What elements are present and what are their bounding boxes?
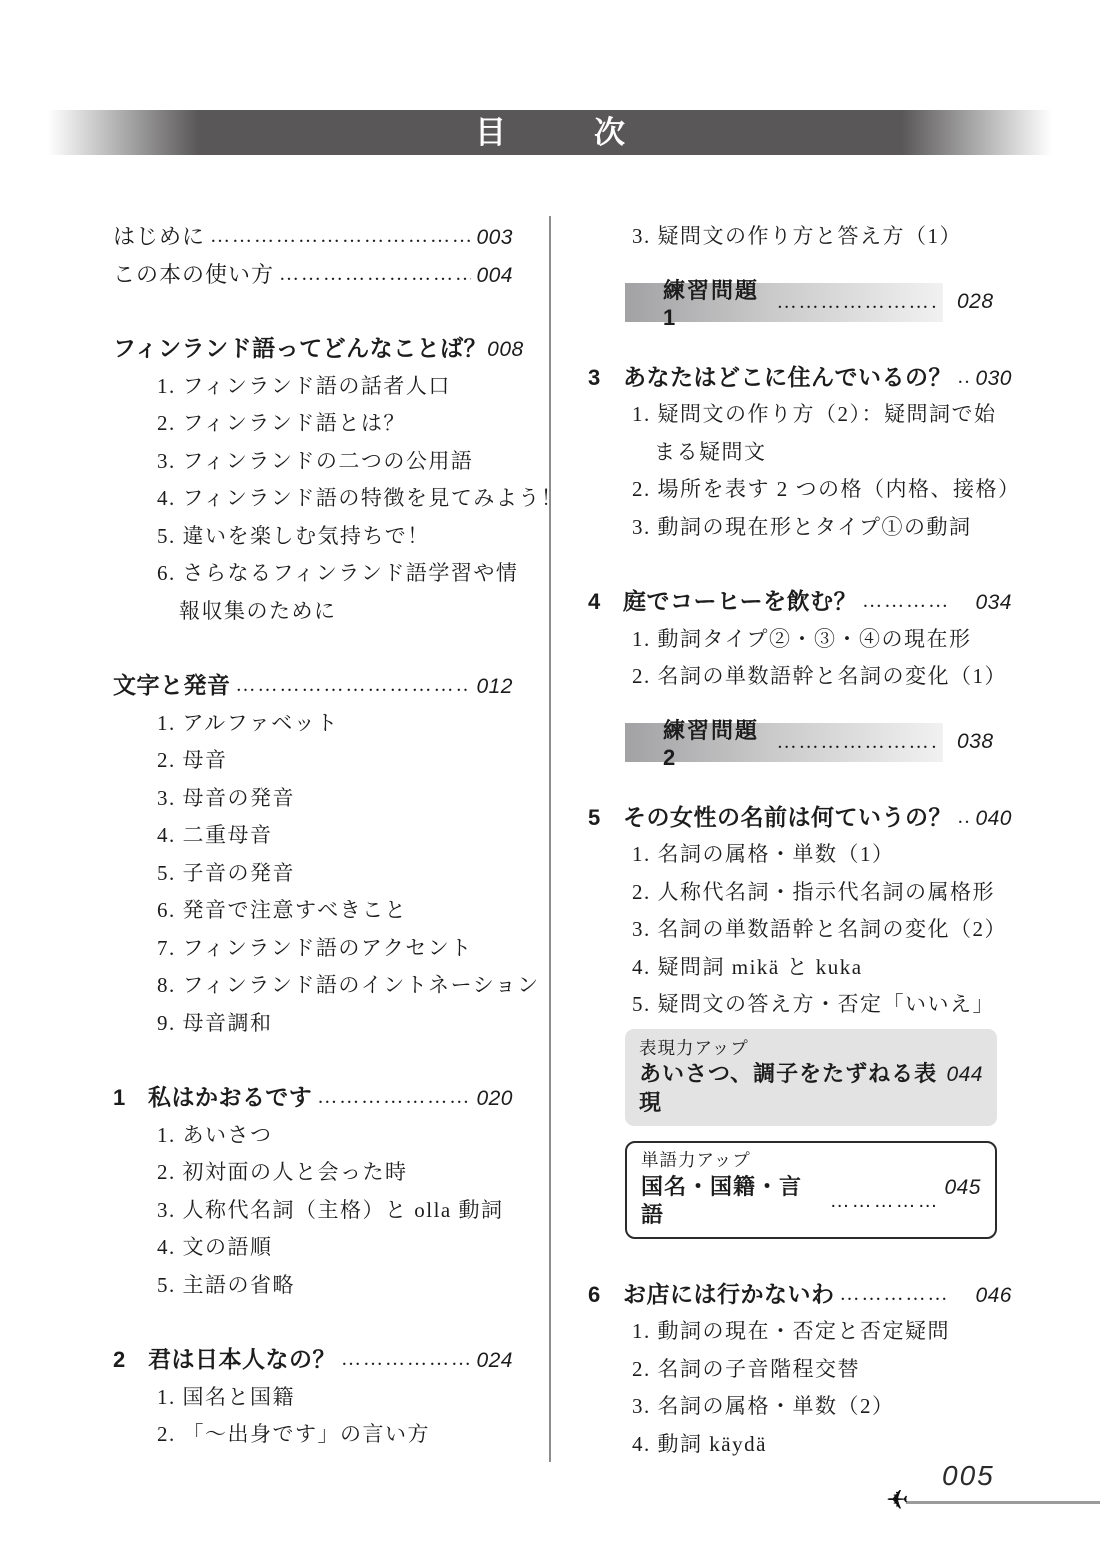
vocabulary-box: 単語力アップ国名・国籍・言語……………045 [625,1141,997,1239]
toc-sub-label: 3. 名詞の単数語幹と名詞の変化（2） [632,911,1007,949]
airplane-icon: ✈ [886,1487,909,1514]
toc-sub-item: 1. フィンランド語の話者人口 [113,368,513,406]
chapter-title: その女性の名前は何ていうの？ [623,799,952,837]
toc-sub-label: 2. 人称代名詞・指示代名詞の属格形 [632,874,995,912]
toc-sub-label: 1. 国名と国籍 [157,1379,295,1417]
expression-box-title: あいさつ、調子をたずねる表現 [639,1060,946,1117]
toc-sub-item: 1. あいさつ [113,1117,513,1155]
dot-leader: ……………………………………… [210,218,471,256]
toc-sub-label: 3. フィンランドの二つの公用語 [157,443,473,481]
toc-sub-item: 5. 主語の省略 [113,1267,513,1305]
toc-sub-label: 4. 動詞 käydä [632,1426,767,1464]
toc-sub-item: 2. 名詞の子音階程交替 [588,1351,1012,1389]
toc-section-title: フィンランド語ってどんなことば？ [113,330,487,368]
toc-sub-label: 8. フィンランド語のイントネーション [157,967,540,1005]
toc-entry-label: この本の使い方 [113,256,274,294]
toc-sub-label: 1. フィンランド語の話者人口 [157,368,451,406]
toc-sub-item: 3. フィンランドの二つの公用語 [113,443,513,481]
toc-sub-item: 3. 名詞の単数語幹と名詞の変化（2） [588,911,1012,949]
toc-sub-label: 2. 初対面の人と会った時 [157,1154,408,1192]
header-bar: 目 次 [48,110,1052,155]
toc-sub-item: 1. 動詞タイプ②・③・④の現在形 [588,621,1012,659]
toc-chapter-row: 4庭でコーヒーを飲む？…………034 [588,583,1012,621]
dot-leader: ……………… [341,1341,471,1379]
dot-leader: ……………………………………… [236,667,472,705]
page-number: 030 [975,360,1012,398]
toc-sub-item: 6. 発音で注意すべきこと [113,892,513,930]
chapter-number: 3 [588,359,623,397]
toc-sub-label: 6. さらなるフィンランド語学習や情 [157,555,518,593]
toc-sub-label: 7. フィンランド語のアクセント [157,930,473,968]
chapter-title: 君は日本人なの？ [148,1341,336,1379]
toc-sub-item: 2. 母音 [113,742,513,780]
toc-left-column: はじめに………………………………………003この本の使い方……………………………… [113,218,513,1454]
toc-sub-item-continuation: 報収集のために [113,593,513,631]
page-number: 008 [487,331,524,369]
page-title-char: 次 [594,117,625,148]
toc-sub-item: 9. 母音調和 [113,1005,513,1043]
toc-sub-label: まる疑問文 [654,434,767,472]
toc-sub-item: 6. さらなるフィンランド語学習や情 [113,555,513,593]
toc-sub-label: 2. フィンランド語とは？ [157,405,406,443]
toc-sub-item: 2. 名詞の単数語幹と名詞の変化（1） [588,658,1012,696]
toc-sub-label: 9. 母音調和 [157,1005,273,1043]
toc-sub-item: 3. 人称代名詞（主格）と olla 動詞 [113,1192,513,1230]
toc-sub-label: 3. 母音の発音 [157,780,295,818]
toc-sub-item: 2. 場所を表す 2 つの格（内格、接格） [588,471,1012,509]
dot-leader: ………… [862,583,970,621]
toc-sub-label: 1. 動詞の現在・否定と否定疑問 [632,1313,950,1351]
toc-sub-label: 2. 「～出身です」の言い方 [157,1416,430,1454]
toc-sub-item: 3. 疑問文の作り方と答え方（1） [588,218,1012,256]
toc-entry: はじめに………………………………………003 [113,218,513,256]
dot-leader: …………………… [317,1079,471,1117]
toc-sub-label: 2. 名詞の子音階程交替 [632,1351,860,1389]
page-number: 046 [975,1277,1012,1315]
page-number: 012 [476,668,513,706]
toc-sub-label: 報収集のために [179,593,337,631]
page-number: 034 [975,584,1012,622]
toc-sub-label: 3. 疑問文の作り方と答え方（1） [632,218,962,256]
toc-sub-item: 2. 「～出身です」の言い方 [113,1416,513,1454]
toc-sub-item: 4. 動詞 käydä [588,1426,1012,1464]
toc-sub-label: 1. 疑問文の作り方（2）：疑問詞で始 [632,396,997,434]
toc-sub-item: 4. 疑問詞 mikä と kuka [588,949,1012,987]
toc-sub-item: 3. 名詞の属格・単数（2） [588,1388,1012,1426]
toc-sub-label: 2. 場所を表す 2 つの格（内格、接格） [632,471,1021,509]
toc-sub-item: 7. フィンランド語のアクセント [113,930,513,968]
toc-chapter-row: 1私はかおるです……………………020 [113,1079,513,1117]
page-number: 024 [476,1342,513,1380]
toc-sub-item: 4. 二重母音 [113,817,513,855]
toc-sub-item: 8. フィンランド語のイントネーション [113,967,513,1005]
toc-section-heading: 文字と発音………………………………………012 [113,667,513,705]
chapter-title: 庭でコーヒーを飲む？ [623,583,857,621]
dot-leader: ……………………………………… [279,256,471,294]
toc-sub-item-continuation: まる疑問文 [588,434,1012,472]
toc-sub-item: 1. 名詞の属格・単数（1） [588,836,1012,874]
toc-sub-label: 2. 母音 [157,742,228,780]
chapter-number: 6 [588,1276,623,1314]
page-title-char: 目 [475,117,506,148]
toc-sub-item: 5. 子音の発音 [113,855,513,893]
toc-entry-label: はじめに [113,218,205,256]
expression-box: 表現力アップあいさつ、調子をたずねる表現044 [625,1029,997,1127]
chapter-title: 私はかおるです [148,1079,312,1117]
toc-chapter-row: 5その女性の名前は何ていうの？…040 [588,799,1012,837]
toc-sub-item: 2. 人称代名詞・指示代名詞の属格形 [588,874,1012,912]
toc-sub-item: 3. 動詞の現在形とタイプ①の動詞 [588,509,1012,547]
dot-leader: … [957,359,970,397]
exercise-box: 練習問題 1…………………… [625,283,943,322]
column-divider [549,216,551,1462]
page-number: 040 [975,800,1012,838]
page-number: 028 [957,290,994,314]
toc-sub-label: 2. 名詞の単数語幹と名詞の変化（1） [632,658,1007,696]
footer-rule [906,1501,1100,1504]
toc-sub-label: 3. 人称代名詞（主格）と olla 動詞 [157,1192,504,1230]
toc-sub-label: 3. 動詞の現在形とタイプ①の動詞 [632,509,971,547]
toc-sub-item: 5. 疑問文の答え方・否定「いいえ」 [588,986,1012,1024]
toc-sub-label: 4. 文の語順 [157,1229,273,1267]
vocabulary-box-title-row: 国名・国籍・言語……………045 [641,1173,981,1230]
chapter-number: 2 [113,1341,148,1379]
toc-sub-label: 5. 違いを楽しむ気持ちで！ [157,518,430,556]
toc-sub-label: 1. 動詞タイプ②・③・④の現在形 [632,621,971,659]
toc-right-column: 3. 疑問文の作り方と答え方（1）練習問題 1……………………0283あなたはど… [588,218,1012,1463]
chapter-title: お店には行かないわ [623,1276,835,1314]
page-number: 044 [946,1061,983,1088]
page-number: 004 [476,257,513,295]
toc-sub-label: 1. あいさつ [157,1117,273,1155]
toc-sub-item: 4. フィンランド語の特徴を見てみよう！ [113,480,513,518]
dot-leader: …………………… [777,291,938,314]
exercise-box: 練習問題 2…………………… [625,723,943,762]
toc-sub-label: 4. フィンランド語の特徴を見てみよう！ [157,480,563,518]
toc-chapter-row: 2君は日本人なの？………………024 [113,1341,513,1379]
toc-page: 目 次 はじめに………………………………………003この本の使い方…………………… [0,0,1100,1559]
toc-sub-label: 4. 疑問詞 mikä と kuka [632,949,863,987]
toc-sub-item: 1. 疑問文の作り方（2）：疑問詞で始 [588,396,1012,434]
toc-sub-item: 1. 国名と国籍 [113,1379,513,1417]
exercise-label: 練習問題 1 [663,274,772,331]
toc-sub-label: 4. 二重母音 [157,817,273,855]
toc-sub-item: 2. 初対面の人と会った時 [113,1154,513,1192]
vocabulary-box-title: 国名・国籍・言語 [641,1173,825,1230]
toc-sub-item: 1. アルファベット [113,705,513,743]
toc-sub-item: 5. 違いを楽しむ気持ちで！ [113,518,513,556]
chapter-number: 4 [588,583,623,621]
toc-sub-label: 3. 名詞の属格・単数（2） [632,1388,895,1426]
chapter-number: 5 [588,799,623,837]
toc-sub-label: 5. 子音の発音 [157,855,295,893]
toc-sub-item: 3. 母音の発音 [113,780,513,818]
dot-leader: …………………… [777,731,938,754]
page-number: 003 [476,219,513,257]
exercise-label: 練習問題 2 [663,714,772,771]
expression-box-tag: 表現力アップ [639,1036,983,1061]
chapter-number: 1 [113,1079,148,1117]
toc-section-heading: フィンランド語ってどんなことば？008 [113,330,513,368]
toc-entry: この本の使い方………………………………………004 [113,256,513,294]
page-number: 045 [944,1174,981,1201]
page-number: 038 [957,730,994,754]
footer-page-number: 005 [942,1460,995,1492]
toc-sub-label: 6. 発音で注意すべきこと [157,892,407,930]
toc-sub-item: 2. フィンランド語とは？ [113,405,513,443]
toc-sub-label: 1. アルファベット [157,705,339,743]
expression-box-title-row: あいさつ、調子をたずねる表現044 [639,1060,983,1117]
toc-section-title: 文字と発音 [113,667,231,705]
toc-sub-label: 5. 疑問文の答え方・否定「いいえ」 [632,986,995,1024]
toc-chapter-row: 3あなたはどこに住んでいるの？…030 [588,359,1012,397]
dot-leader: …………… [840,1276,971,1314]
page-number: 020 [476,1080,513,1118]
toc-sub-item: 1. 動詞の現在・否定と否定疑問 [588,1313,1012,1351]
dot-leader: …………… [830,1188,940,1214]
vocabulary-box-tag: 単語力アップ [641,1148,981,1173]
toc-sub-label: 1. 名詞の属格・単数（1） [632,836,895,874]
toc-sub-item: 4. 文の語順 [113,1229,513,1267]
exercise-row: 練習問題 1……………………028 [625,283,1012,322]
chapter-title: あなたはどこに住んでいるの？ [623,359,952,397]
dot-leader: … [957,799,970,837]
exercise-row: 練習問題 2……………………038 [625,723,1012,762]
toc-sub-label: 5. 主語の省略 [157,1267,295,1305]
toc-chapter-row: 6お店には行かないわ……………046 [588,1276,1012,1314]
